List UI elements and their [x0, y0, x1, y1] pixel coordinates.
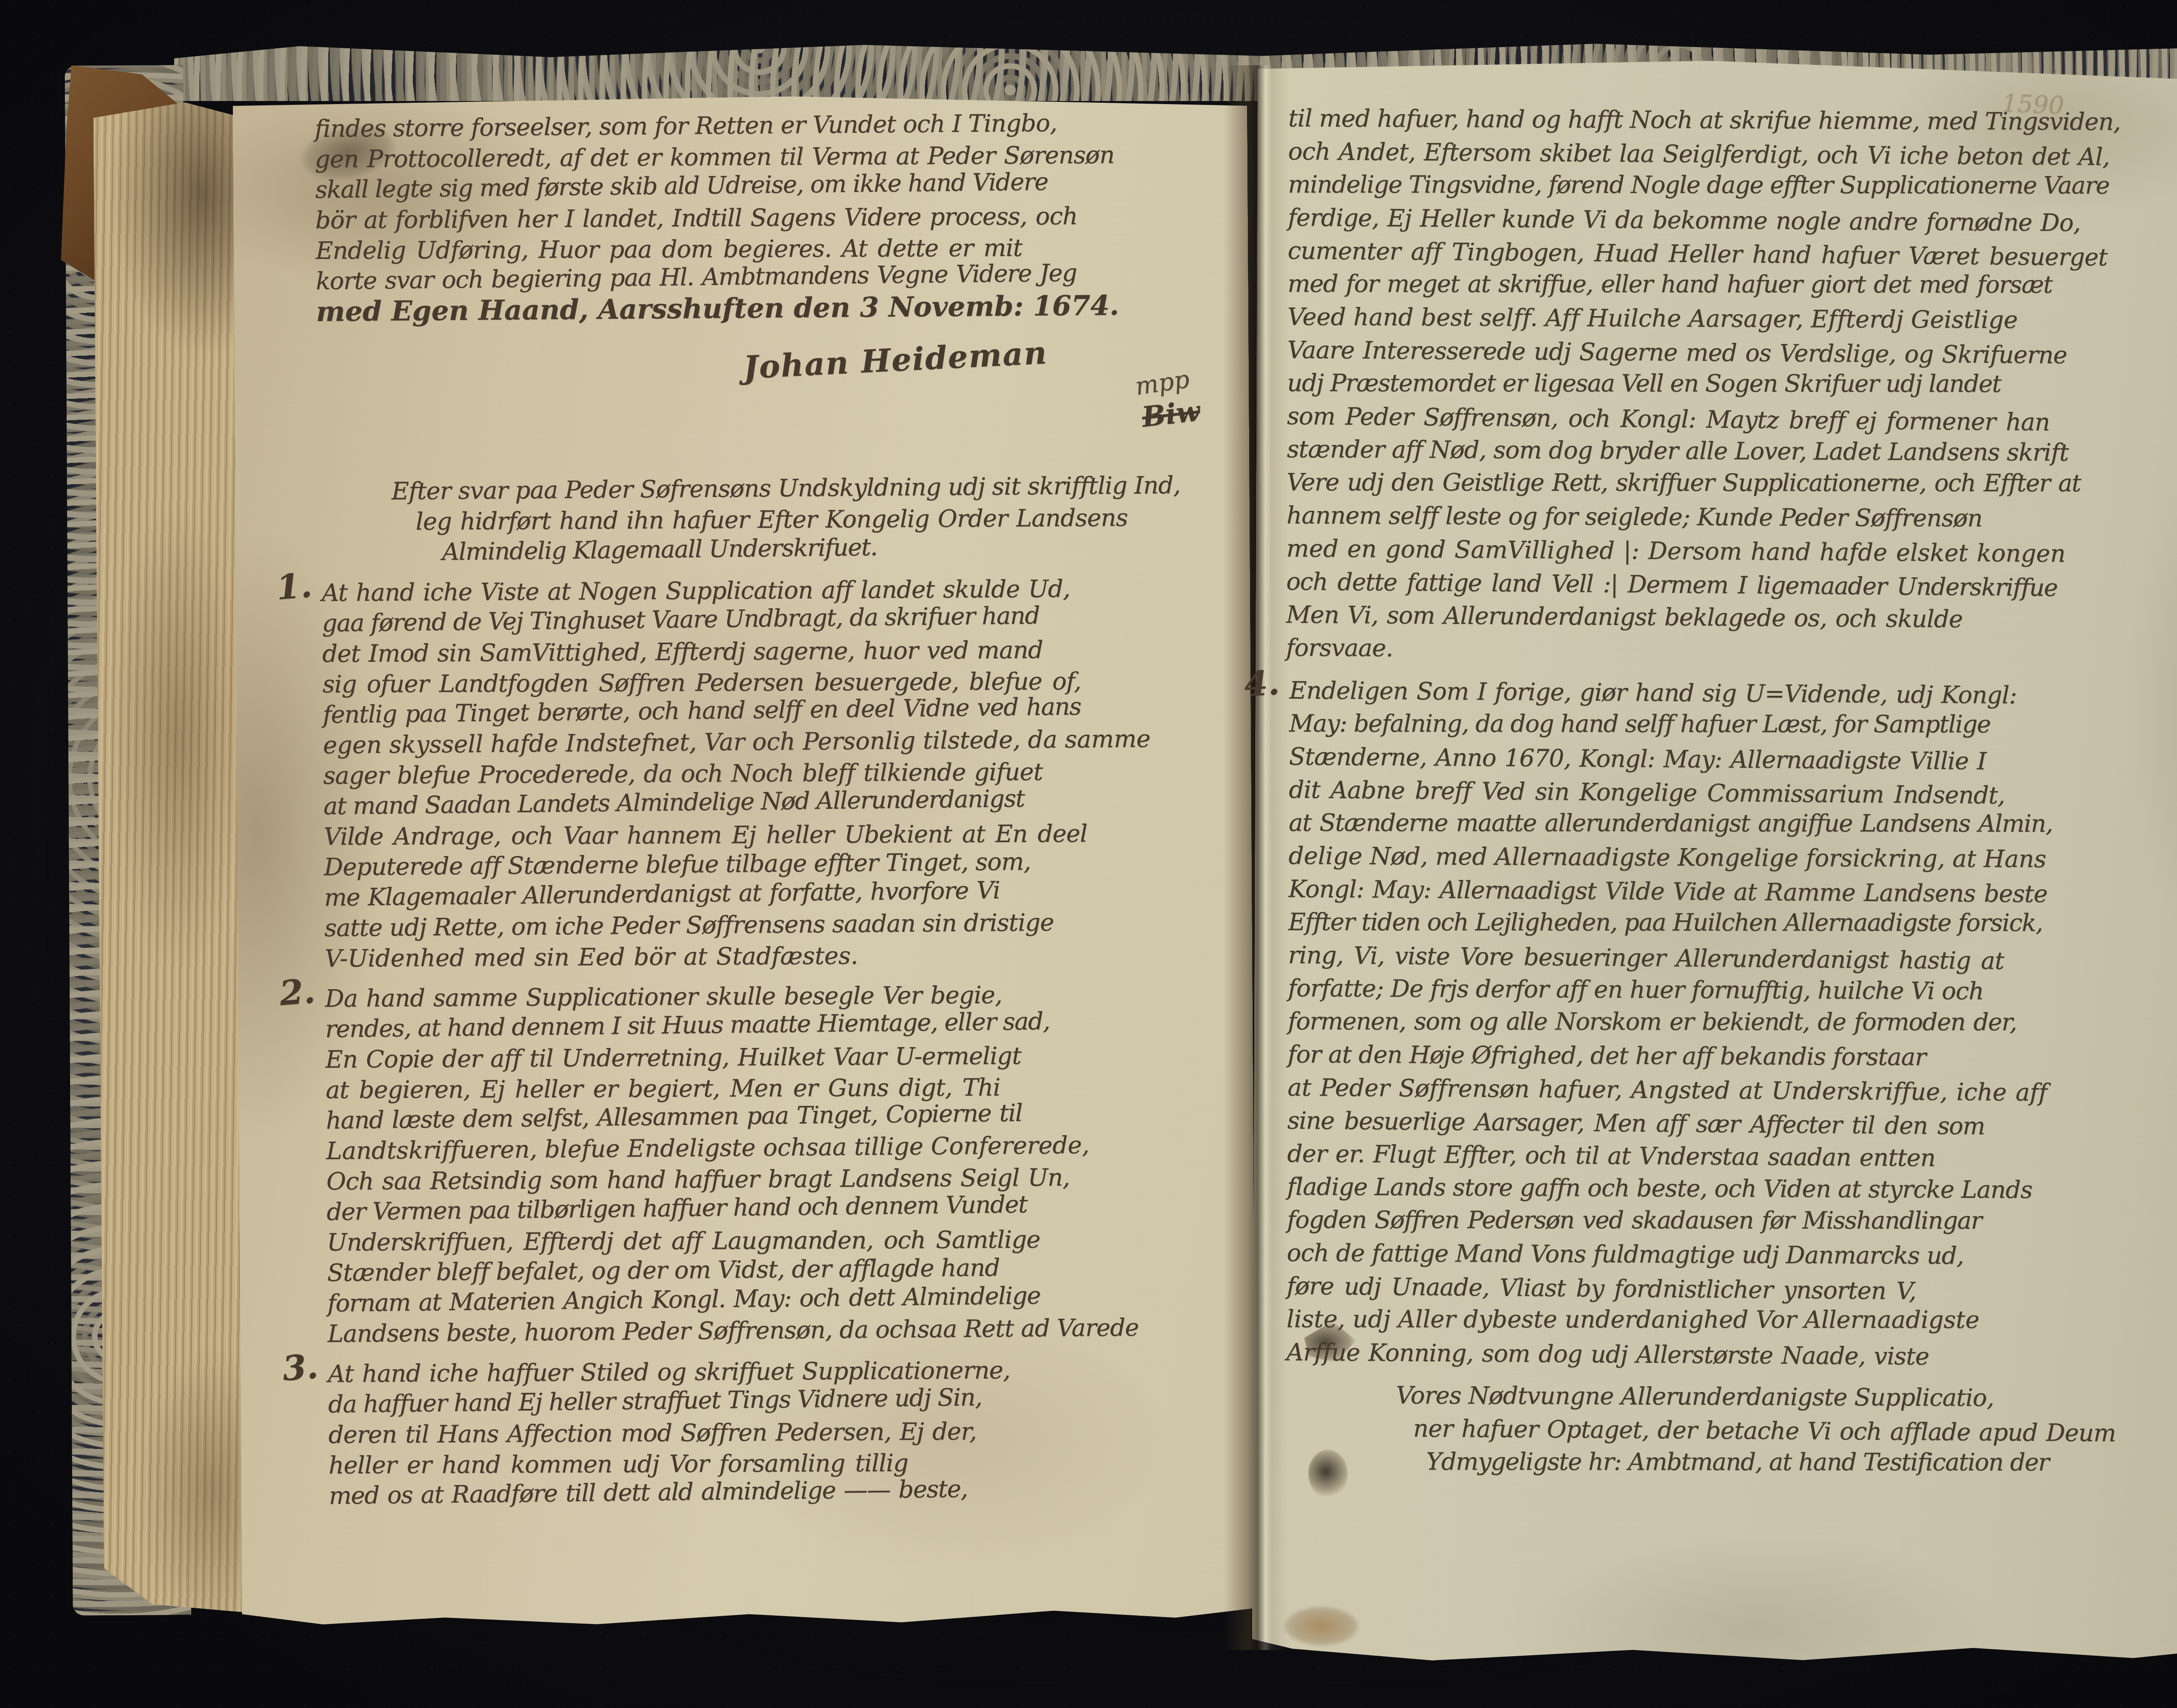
signature-johan-heideman: Johan Heideman: [743, 337, 1048, 383]
manuscript-line: fladige Lands store gaffn och beste, och…: [1287, 1170, 2177, 1207]
manuscript-line: Effter tiden och Lejligheden, paa Huilch…: [1288, 905, 2177, 940]
manuscript-line: til med hafuer, hand og hafft Noch at sk…: [1288, 101, 2177, 139]
text-block-item: 1.At hand iche Viste at Nogen Supplicati…: [318, 570, 1249, 974]
manuscript-line: forsvaae.: [1286, 631, 2177, 668]
text-block-signature: Johan HeidemanmppBiw: [316, 329, 1244, 467]
manuscript-line: liste, udj Aller dybeste underdanighed V…: [1287, 1302, 2177, 1337]
right-page-text: til med hafuer, hand og hafft Noch at sk…: [1282, 101, 2177, 1491]
manuscript-line: at Stænderne maatte allerunderdanigst an…: [1289, 806, 2177, 840]
manuscript-line: Men Vi, som Allerunderdanigst beklagede …: [1286, 598, 2177, 637]
text-block-item: 2.Da hand samme Supplicationer skulle be…: [321, 976, 1252, 1349]
manuscript-line: med for meget at skriffue, eller hand ha…: [1287, 267, 2177, 301]
manuscript-line: det Imod sin SamVittighed, Effterdj sage…: [322, 633, 1246, 669]
gutter-stain: [1284, 1607, 1358, 1646]
manuscript-line: deren til Hans Affection mod Søffren Ped…: [328, 1415, 1252, 1450]
text-block-para-indent: Efter svar paa Peder Søfrensøns Undskyld…: [317, 469, 1246, 568]
manuscript-line: och de fattige Mand Vons fuldmagtige udj…: [1287, 1236, 2177, 1273]
manuscript-line: May: befalning, da dog hand selff hafuer…: [1289, 707, 2177, 741]
text-block-para: findes storre forseelser, som for Retten…: [314, 106, 1244, 327]
text-block-item: 4.Endeligen Som I forige, giør hand sig …: [1283, 674, 2177, 1373]
text-block-item: 3.At hand iche haffuer Stiled og skriffu…: [324, 1351, 1253, 1511]
manuscript-line: for at den Høje Øfrighed, det her aff be…: [1287, 1038, 2177, 1075]
manuscript-line: formenen, som og alle Norskom er bekiend…: [1288, 1004, 2177, 1039]
manuscript-photo: 1590 findes storre forseelser, som for R…: [0, 0, 2177, 1708]
manuscript-line: hannem selff leste og for seiglede; Kund…: [1287, 499, 2177, 536]
item-number: 4.: [1243, 666, 1281, 701]
text-block-closing: Vores Nødtvungne Allerunderdanigste Supp…: [1282, 1378, 2177, 1482]
item-number: 2.: [279, 976, 317, 1009]
manuscript-line: Stænderne, Anno 1670, Kongl: May: Allern…: [1289, 740, 2177, 779]
manuscript-line: bör at forblifven her I landet, Indtill …: [315, 200, 1243, 236]
manuscript-line: Veed hand best selff. Aff Huilche Aarsag…: [1287, 300, 2177, 337]
manuscript-line: V-Uidenhed med sin Eed bör at Stadfæstes…: [324, 938, 1248, 974]
manuscript-line: Ydmygeligste hr: Ambtmand, at hand Testi…: [1426, 1445, 2177, 1479]
manuscript-line: Vere udj den Geistlige Rett, skriffuer S…: [1287, 465, 2177, 500]
manuscript-line: delige Nød, med Allernaadigste Kongelige…: [1288, 839, 2177, 876]
manuscript-line: Vilde Andrage, och Vaar hannem Ej heller…: [324, 818, 1247, 852]
signature-paraph: Biw: [1140, 396, 1202, 433]
manuscript-line: ferdige, Ej Heller kunde Vi da bekomme n…: [1288, 201, 2177, 240]
text-block-para: til med hafuer, hand og hafft Noch at sk…: [1286, 101, 2177, 668]
manuscript-line: at Peder Søffrensøn hafuer, Angsted at U…: [1287, 1071, 2177, 1110]
manuscript-line: udj Præstemordet er ligesaa Vell en Soge…: [1287, 366, 2177, 401]
item-number: 3.: [281, 1351, 319, 1385]
manuscript-line: fogden Søffren Pedersøn ved skadausen fø…: [1287, 1203, 2177, 1237]
left-page-text: findes storre forseelser, som for Retten…: [314, 106, 1253, 1521]
manuscript-line: En Copie der aff til Underretning, Huilk…: [325, 1039, 1249, 1075]
manuscript-line: der er. Flugt Effter, och til at Vnderst…: [1287, 1137, 2177, 1176]
item-number: 1.: [275, 570, 313, 603]
manuscript-line: Arffue Konning, som dog udj Allerstørste…: [1286, 1335, 2177, 1375]
manuscript-line: med en gond SamVillighed |: Dersom hand …: [1286, 532, 2177, 571]
manuscript-line: mindelige Tingsvidne, førend Nogle dage …: [1288, 168, 2177, 202]
manuscript-line: Efter svar paa Peder Søfrensøns Undskyld…: [391, 469, 1245, 506]
manuscript-line: Vores Nødtvungne Allerunderdanigste Supp…: [1396, 1378, 2177, 1415]
manuscript-line: Underskriffuen, Effterdj det aff Laugman…: [327, 1223, 1251, 1258]
